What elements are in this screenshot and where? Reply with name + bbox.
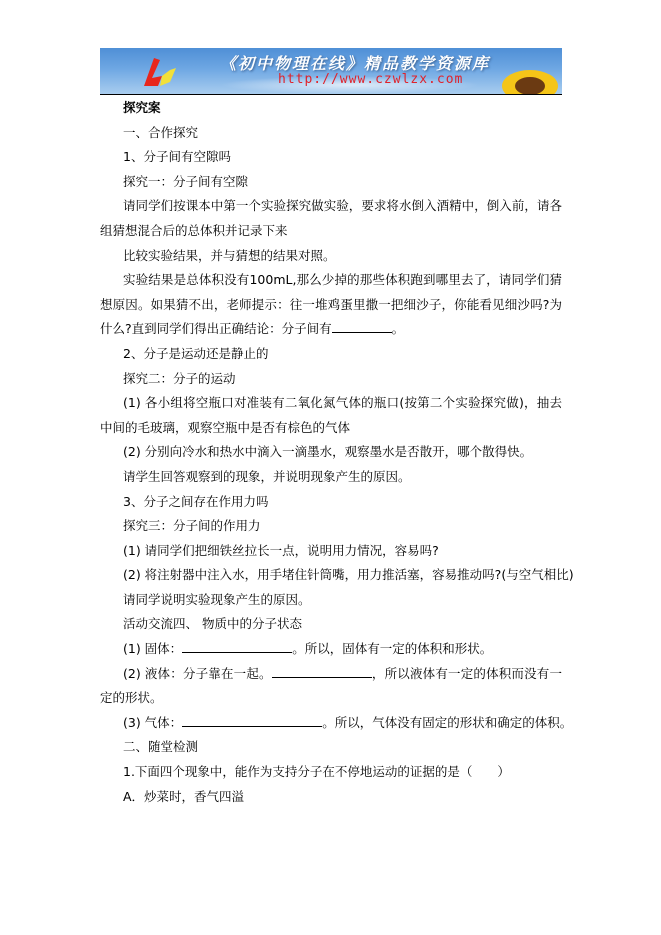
answer-blank xyxy=(182,712,322,727)
paragraph: 请同学们按课本中第一个实验探究做实验，要求将水倒入酒精中，倒入前，请各组猜想混合… xyxy=(100,194,562,243)
header-banner: 《初中物理在线》精品教学资源库 http://www.czwlzx.com xyxy=(100,48,562,94)
answer-blank xyxy=(182,638,292,653)
section-title: 一、合作探究 xyxy=(100,121,562,146)
answer-blank xyxy=(332,318,392,333)
paragraph: (1) 各小组将空瓶口对准装有二氧化氮气体的瓶口(按第二个实验探究做)，抽去中间… xyxy=(100,391,562,440)
banner-rule xyxy=(100,94,562,95)
activity-title: 活动交流四、 物质中的分子状态 xyxy=(100,612,562,637)
gas-label: (3) 气体： xyxy=(123,715,182,730)
paragraph: 实验结果是总体积没有100mL,那么少掉的那些体积跑到哪里去了，请同学们猜想原因… xyxy=(100,268,562,342)
solid-label: (1) 固体： xyxy=(123,641,182,656)
answer-blank xyxy=(272,663,372,678)
paragraph: (1) 请同学们把细铁丝拉长一点，说明用力情况，容易吗? xyxy=(100,539,562,564)
banner-title: 《初中物理在线》精品教学资源库 xyxy=(220,51,490,74)
liquid-label: (2) 液体：分子靠在一起。 xyxy=(123,666,272,681)
gas-line: (3) 气体：。所以，气体没有固定的形状和确定的体积。 xyxy=(100,711,562,736)
banner-url: http://www.czwlzx.com xyxy=(278,72,463,87)
sunflower-icon xyxy=(500,64,560,94)
paragraph-end: 。 xyxy=(392,321,405,336)
liquid-line: (2) 液体：分子靠在一起。，所以液体有一定的体积而没有一定的形状。 xyxy=(100,662,562,711)
solid-line: (1) 固体：。所以，固体有一定的体积和形状。 xyxy=(100,637,562,662)
test-question: 1.下面四个现象中，能作为支持分子在不停地运动的证据的是（ ） xyxy=(100,760,562,785)
logo-icon xyxy=(140,56,180,90)
paragraph: 请学生回答观察到的现象，并说明现象产生的原因。 xyxy=(100,465,562,490)
paragraph: 请同学说明实验现象产生的原因。 xyxy=(100,588,562,613)
question-title: 1、分子间有空隙吗 xyxy=(100,145,562,170)
question-title: 3、分子之间存在作用力吗 xyxy=(100,490,562,515)
document-body: 探究案 一、合作探究 1、分子间有空隙吗 探究一：分子间有空隙 请同学们按课本中… xyxy=(100,96,562,809)
experiment-title: 探究一：分子间有空隙 xyxy=(100,170,562,195)
doc-heading: 探究案 xyxy=(100,96,562,121)
gas-text: 。所以，气体没有固定的形状和确定的体积。 xyxy=(322,715,572,730)
paragraph: 比较实验结果，并与猜想的结果对照。 xyxy=(100,244,562,269)
paragraph: (2) 将注射器中注入水，用手堵住针筒嘴，用力推活塞，容易推动吗?(与空气相比) xyxy=(100,563,562,588)
solid-text: 。所以，固体有一定的体积和形状。 xyxy=(292,641,492,656)
experiment-title: 探究三：分子间的作用力 xyxy=(100,514,562,539)
test-option: A．炒菜时，香气四溢 xyxy=(100,785,562,810)
experiment-title: 探究二：分子的运动 xyxy=(100,367,562,392)
paragraph: (2) 分别向冷水和热水中滴入一滴墨水，观察墨水是否散开，哪个散得快。 xyxy=(100,440,562,465)
section-title: 二、随堂检测 xyxy=(100,735,562,760)
question-title: 2、分子是运动还是静止的 xyxy=(100,342,562,367)
